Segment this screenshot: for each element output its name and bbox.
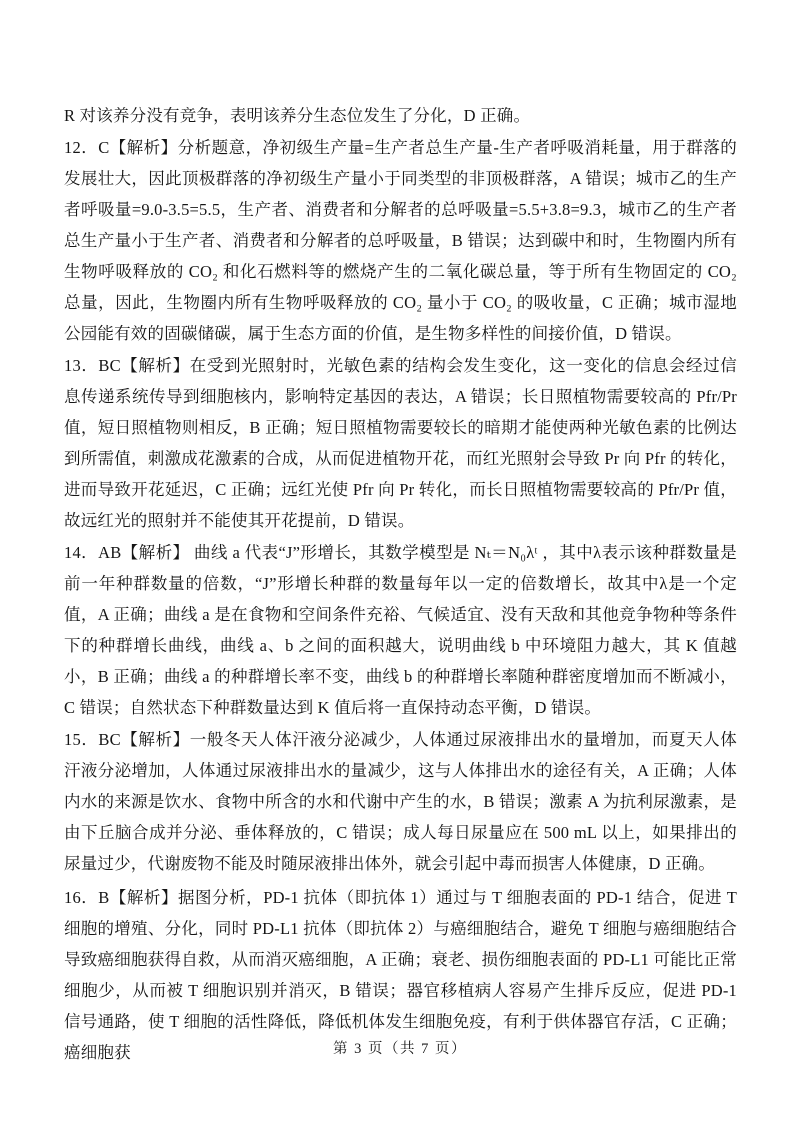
answer-explanations-block: R 对该养分没有竞争，表明该养分生态位发生了分化，D 正确。 12．C【解析】分… — [64, 100, 737, 1069]
page-footer: 第 3 页（共 7 页） — [0, 1040, 800, 1058]
paragraph-continuation-q11: R 对该养分没有竞争，表明该养分生态位发生了分化，D 正确。 — [64, 100, 737, 131]
exam-answer-page: R 对该养分没有竞争，表明该养分生态位发生了分化，D 正确。 12．C【解析】分… — [0, 0, 800, 1131]
paragraph-q12-explanation: 12．C【解析】分析题意，净初级生产量=生产者总生产量-生产者呼吸消耗量，用于群… — [64, 132, 737, 349]
paragraph-q14-explanation: 14．AB【解析】 曲线 a 代表“J”形增长，其数学模型是 Nₜ＝N₀λᵗ ，… — [64, 537, 737, 723]
paragraph-q13-explanation: 13．BC【解析】在受到光照射时，光敏色素的结构会发生变化，这一变化的信息会经过… — [64, 350, 737, 536]
paragraph-q15-explanation: 15．BC【解析】一般冬天人体汗液分泌减少，人体通过尿液排出水的量增加，而夏天人… — [64, 724, 737, 879]
page-number-label: 第 3 页（共 7 页） — [333, 1041, 467, 1057]
